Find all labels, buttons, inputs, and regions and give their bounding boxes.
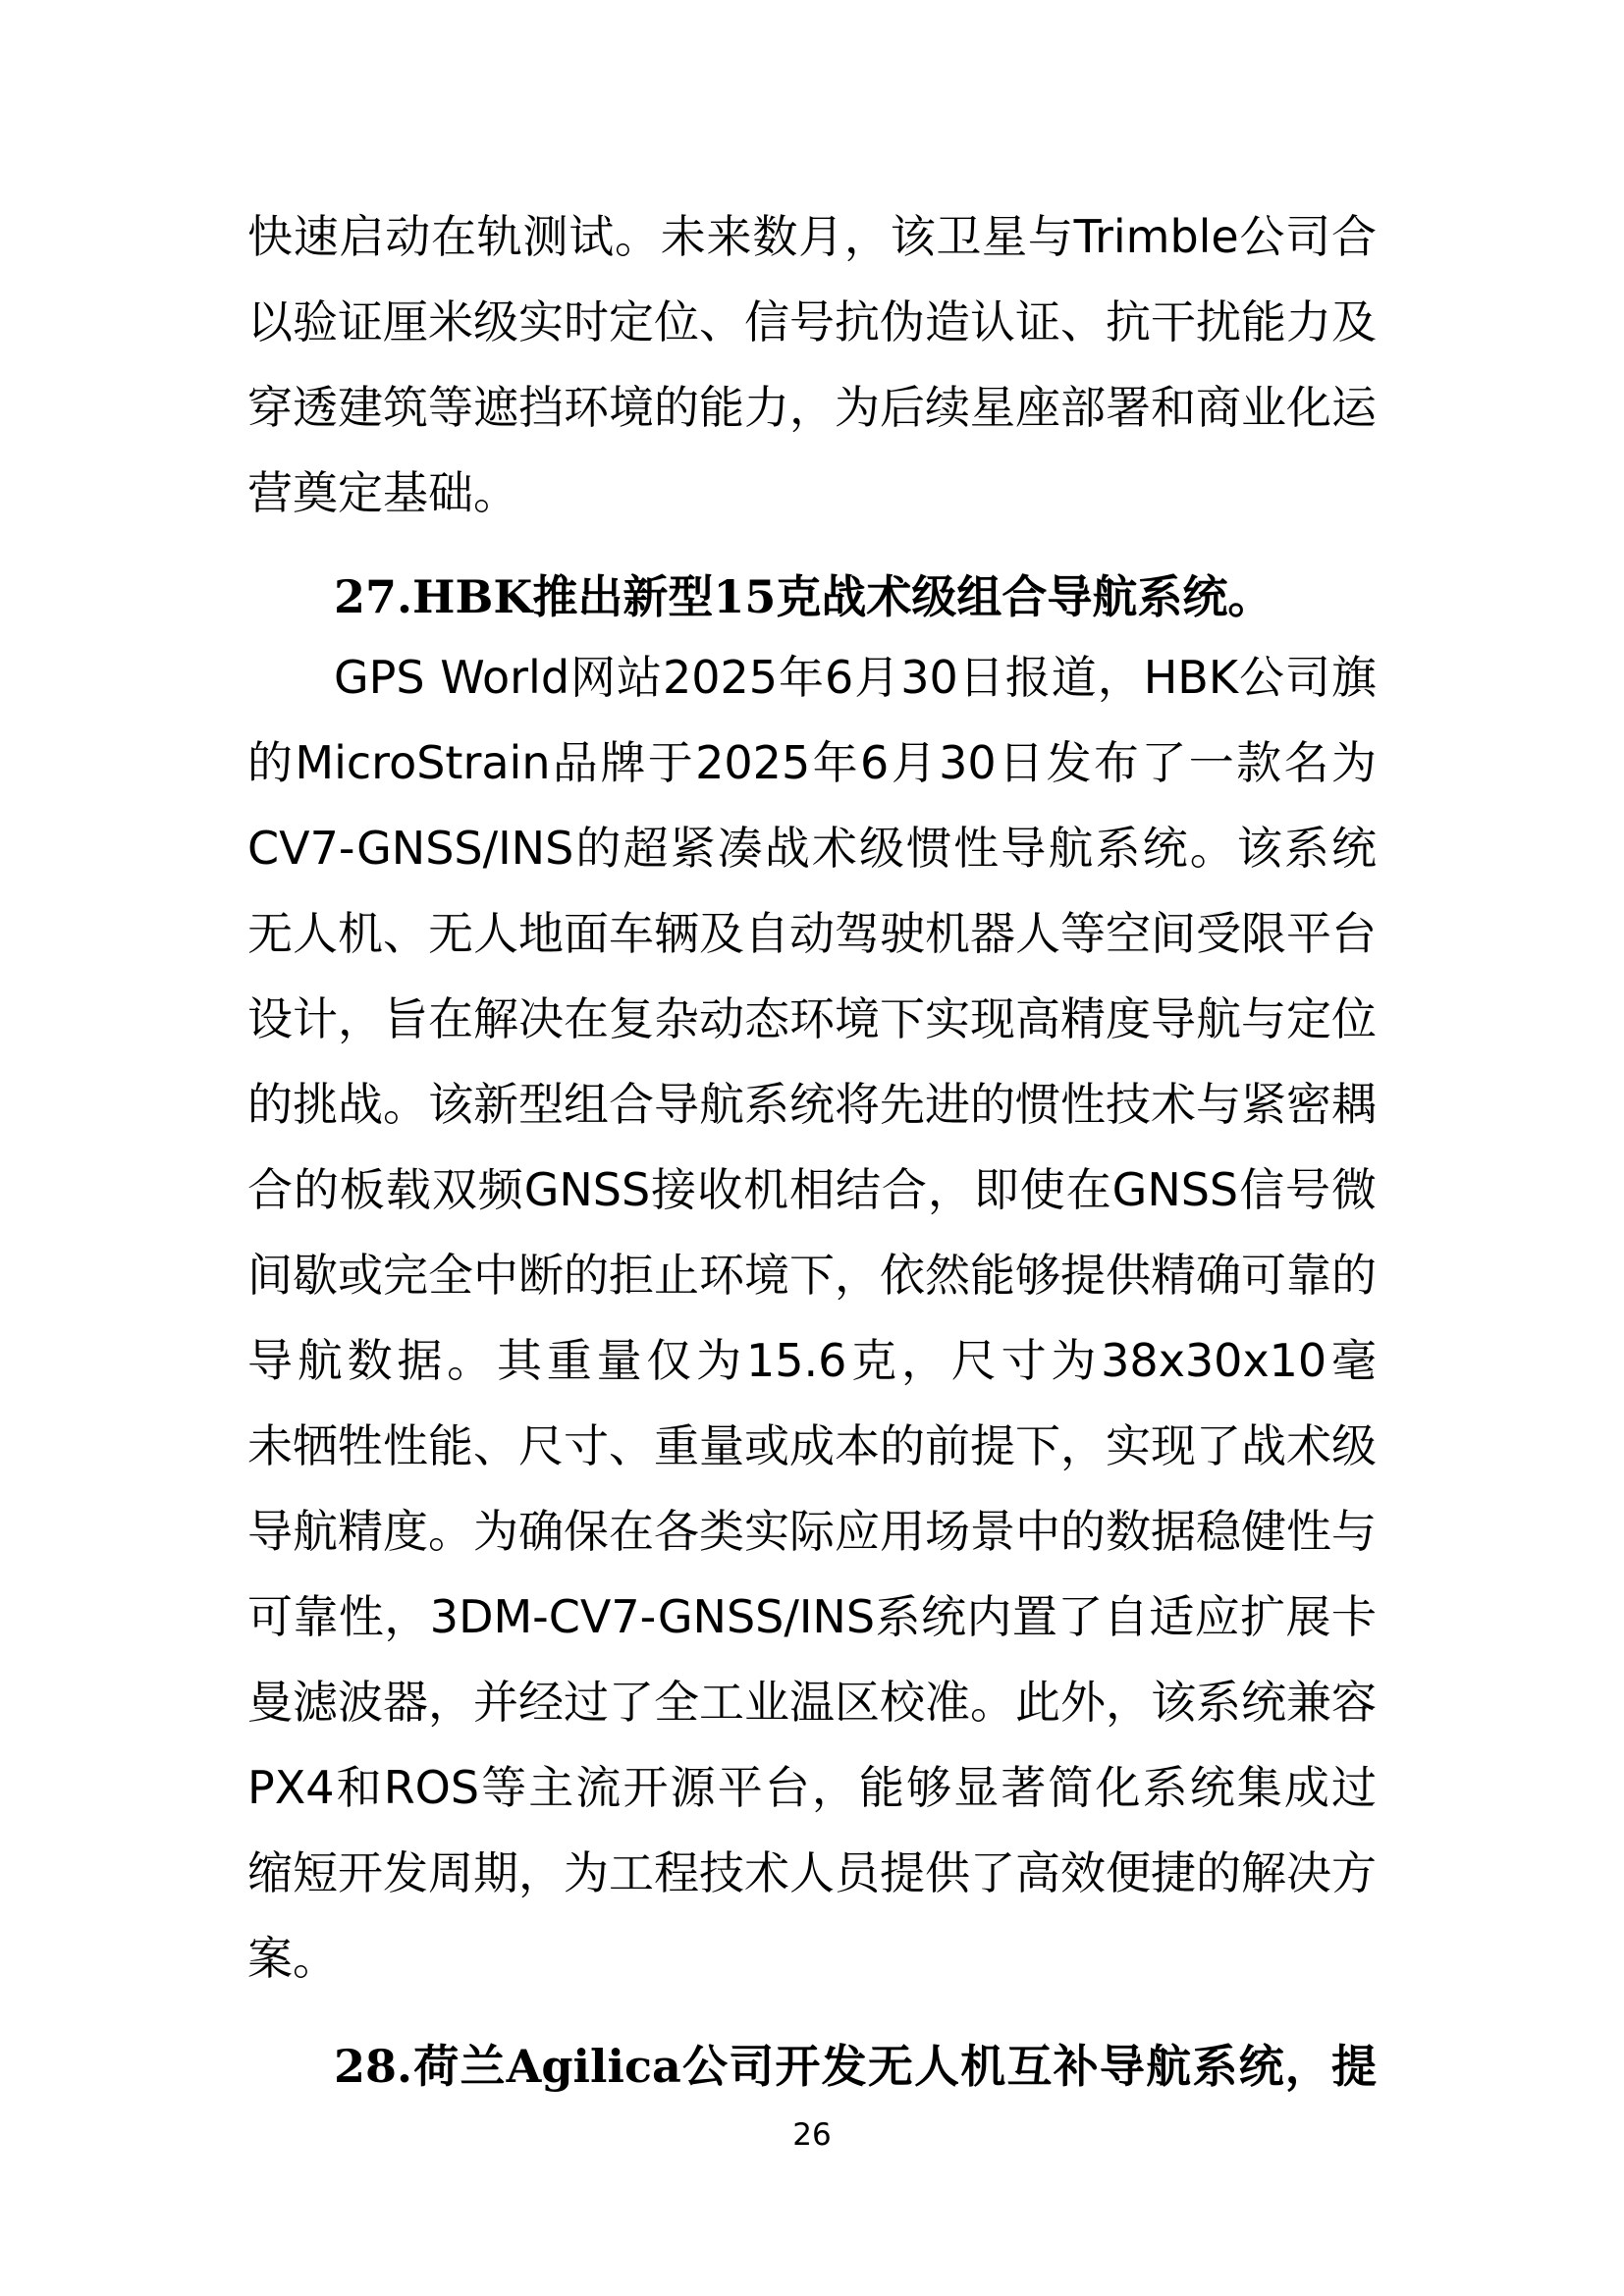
paragraph-line: 设计，旨在解决在复杂动态环境下实现高精度导航与定位 <box>247 977 1377 1062</box>
paragraph-line: 营奠定基础。 <box>247 451 1377 536</box>
paragraph-line: 导航数据。其重量仅为15.6克，尺寸为38x30x10毫米，在 <box>247 1318 1377 1404</box>
paragraph-line: 以验证厘米级实时定位、信号抗伪造认证、抗干扰能力及 <box>247 280 1377 365</box>
paragraph-line: 曼滤波器，并经过了全工业温区校准。此外，该系统兼容 <box>247 1660 1377 1745</box>
paragraph-line: PX4和ROS等主流开源平台，能够显著简化系统集成过程并 <box>247 1745 1377 1831</box>
document-page: 快速启动在轨测试。未来数月，该卫星与Trimble公司合作 以验证厘米级实时定位… <box>0 0 1624 2296</box>
section-27-paragraph: GPS World网站2025年6月30日报道，HBK公司旗下 的MicroSt… <box>247 635 1377 2002</box>
paragraph-line: 可靠性，3DM-CV7-GNSS/INS系统内置了自适应扩展卡尔 <box>247 1575 1377 1660</box>
paragraph-line: 无人机、无人地面车辆及自动驾驶机器人等空间受限平台 <box>247 891 1377 977</box>
paragraph-line: 案。 <box>247 1916 1377 2002</box>
section-heading: 28.荷兰Agilica公司开发无人机互补导航系统，提升 <box>247 2024 1377 2109</box>
page-number: 26 <box>0 2115 1624 2155</box>
paragraph-line: 穿透建筑等遮挡环境的能力，为后续星座部署和商业化运 <box>247 365 1377 451</box>
section-27: 27.HBK推出新型15克战术级组合导航系统。 <box>247 555 1377 640</box>
paragraph-line: 快速启动在轨测试。未来数月，该卫星与Trimble公司合作 <box>247 194 1377 280</box>
paragraph-line: 间歇或完全中断的拒止环境下，依然能够提供精确可靠的 <box>247 1233 1377 1318</box>
paragraph-line: 的挑战。该新型组合导航系统将先进的惯性技术与紧密耦 <box>247 1062 1377 1148</box>
paragraph-line: 的MicroStrain品牌于2025年6月30日发布了一款名为3DM- <box>247 721 1377 806</box>
paragraph-line: GPS World网站2025年6月30日报道，HBK公司旗下 <box>247 635 1377 721</box>
paragraph-line: 未牺牲性能、尺寸、重量或成本的前提下，实现了战术级 <box>247 1404 1377 1489</box>
continuation-paragraph: 快速启动在轨测试。未来数月，该卫星与Trimble公司合作 以验证厘米级实时定位… <box>247 194 1377 536</box>
section-heading: 27.HBK推出新型15克战术级组合导航系统。 <box>247 555 1377 640</box>
paragraph-line: CV7-GNSS/INS的超紧凑战术级惯性导航系统。该系统专为 <box>247 806 1377 891</box>
paragraph-line: 缩短开发周期，为工程技术人员提供了高效便捷的解决方 <box>247 1831 1377 1916</box>
section-28: 28.荷兰Agilica公司开发无人机互补导航系统，提升 <box>247 2024 1377 2109</box>
paragraph-line: 合的板载双频GNSS接收机相结合，即使在GNSS信号微弱、 <box>247 1148 1377 1233</box>
paragraph-line: 导航精度。为确保在各类实际应用场景中的数据稳健性与 <box>247 1489 1377 1575</box>
